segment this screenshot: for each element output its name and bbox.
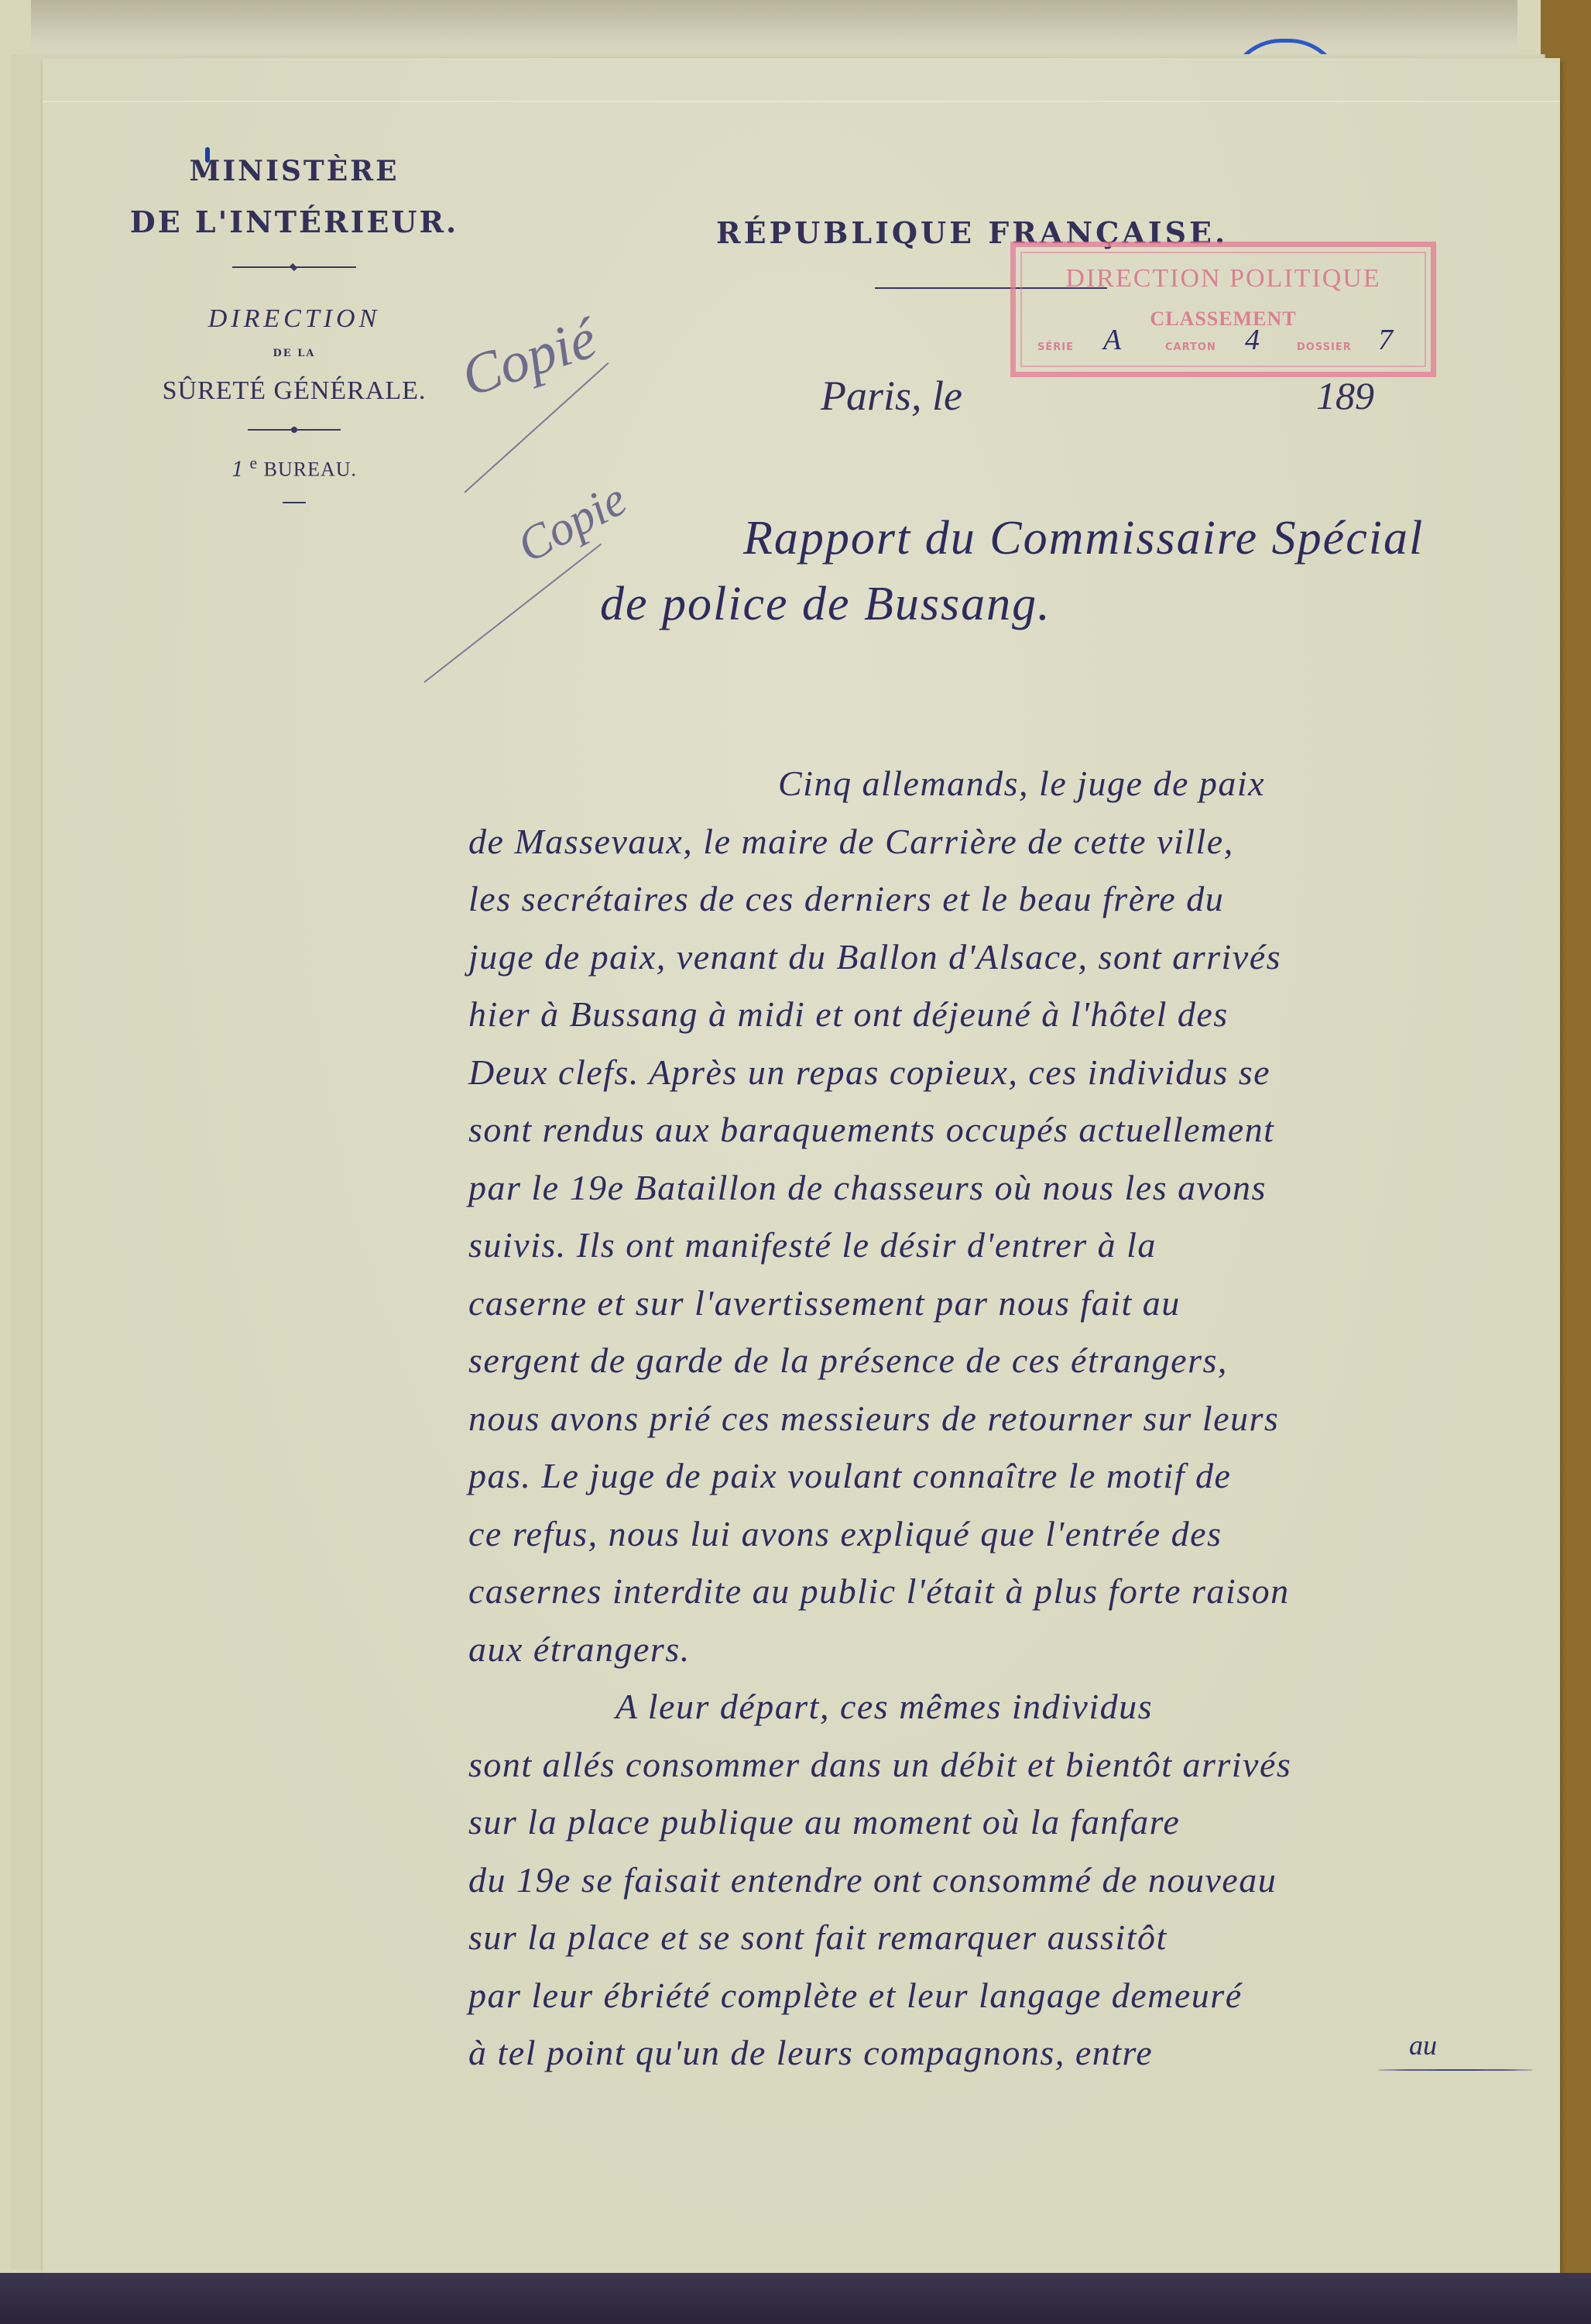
- bureau-text: BUREAU.: [264, 458, 357, 481]
- stamp-serie-label: SÉRIE: [1037, 342, 1074, 353]
- body-line: de Massevaux, le maire de Carrière de ce…: [468, 813, 1506, 871]
- body-line: hier à Bussang à midi et ont déjeuné à l…: [468, 986, 1506, 1044]
- body-line: Cinq allemands, le juge de paix: [468, 755, 1506, 813]
- body-line: sont rendus aux baraquements occupés act…: [468, 1101, 1506, 1159]
- classification-stamp: DIRECTION POLITIQUE CLASSEMENT SÉRIE A C…: [1010, 242, 1436, 377]
- report-title-line-2: de police de Bussang.: [600, 577, 1051, 632]
- body-line: suivis. Ils ont manifesté le désir d'ent…: [468, 1217, 1506, 1275]
- body-line: aux étrangers.: [468, 1621, 1506, 1679]
- stamp-dossier-value: 7: [1378, 323, 1394, 357]
- body-line: pas. Le juge de paix voulant connaître l…: [468, 1447, 1506, 1505]
- place-date-prefix: Paris, le: [821, 372, 962, 420]
- surete-generale-label: SÛRETÉ GÉNÉRALE.: [93, 376, 495, 406]
- body-line: par leur ébriété complète et leur langag…: [468, 1967, 1506, 2025]
- stamp-serie-value: A: [1103, 323, 1122, 357]
- stamp-title: DIRECTION POLITIQUE: [1016, 264, 1431, 294]
- body-line: nous avons prié ces messieurs de retourn…: [468, 1390, 1506, 1448]
- ornament-divider: [232, 263, 356, 272]
- body-line: à tel point qu'un de leurs compagnons, e…: [468, 2024, 1506, 2082]
- catchword-underline: [1378, 2069, 1533, 2071]
- body-line: par le 19e Bataillon de chasseurs où nou…: [468, 1159, 1506, 1217]
- body-line: juge de paix, venant du Ballon d'Alsace,…: [468, 929, 1506, 987]
- direction-label: DIRECTION: [93, 304, 495, 334]
- report-body: Cinq allemands, le juge de paix de Masse…: [468, 755, 1506, 2082]
- stamp-carton-label: CARTON: [1165, 342, 1216, 353]
- short-dash-divider: [283, 502, 306, 503]
- body-line: sergent de garde de la présence de ces é…: [468, 1332, 1506, 1390]
- year-field: 189: [1316, 373, 1374, 418]
- body-line: Deux clefs. Après un repas copieux, ces …: [468, 1044, 1506, 1102]
- body-line: sur la place publique au moment où la fa…: [468, 1794, 1506, 1852]
- de-la-label: DE LA: [93, 348, 495, 359]
- body-line: sur la place et se sont fait remarquer a…: [468, 1909, 1506, 1967]
- ministry-label: MINISTÈRE: [93, 155, 495, 187]
- ornament-divider-small: [248, 429, 341, 431]
- bureau-label: 1e BUREAU.: [93, 454, 495, 482]
- bottom-shadow: [0, 2273, 1591, 2324]
- ministry-name: DE L'INTÉRIEUR.: [93, 204, 495, 239]
- bureau-suffix: e: [250, 454, 259, 472]
- body-line: A leur départ, ces mêmes individus: [468, 1678, 1506, 1736]
- page-fold-line: [43, 101, 1560, 102]
- letterhead-left: MINISTÈRE DE L'INTÉRIEUR. DIRECTION DE L…: [93, 155, 495, 503]
- body-line: ce refus, nous lui avons expliqué que l'…: [468, 1505, 1506, 1564]
- bureau-number: 1: [231, 458, 245, 482]
- body-line: les secrétaires de ces derniers et le be…: [468, 870, 1506, 929]
- body-line: du 19e se faisait entendre ont consommé …: [468, 1852, 1506, 1910]
- body-line: caserne et sur l'avertissement par nous …: [468, 1275, 1506, 1333]
- stamp-subtitle: CLASSEMENT: [1016, 307, 1431, 331]
- stamp-dossier-label: DOSSIER: [1297, 342, 1352, 353]
- catchword: au: [1409, 2029, 1437, 2061]
- stamp-carton-value: 4: [1245, 323, 1260, 357]
- report-title-line-1: Rapport du Commissaire Spécial: [743, 511, 1424, 566]
- body-line: sont allés consommer dans un débit et bi…: [468, 1736, 1506, 1794]
- body-line: casernes interdite au public l'était à p…: [468, 1563, 1506, 1621]
